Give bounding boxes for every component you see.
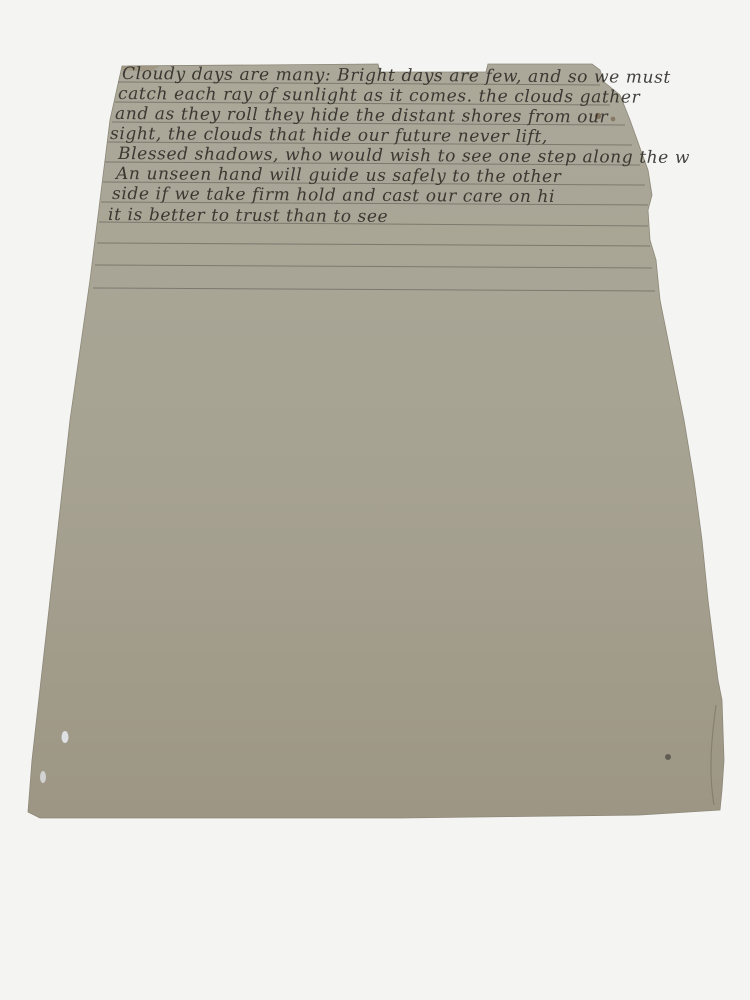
handwritten-line: side if we take firm hold and cast our c… xyxy=(112,184,555,207)
handwritten-line: it is better to trust than to see xyxy=(108,205,388,227)
photo-stage: Cloudy days are many: Bright days are fe… xyxy=(0,0,750,1000)
